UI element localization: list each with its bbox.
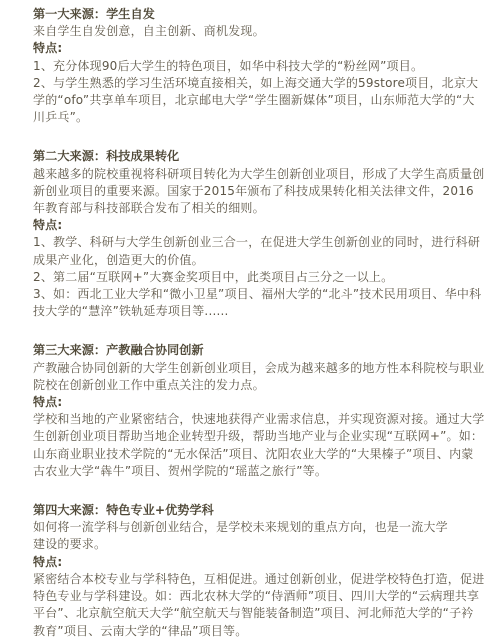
feature-item: 3、如：西北工业大学和“微小卫星”项目、福州大学的“北斗”技术民用项目、华中科技… bbox=[33, 286, 485, 320]
section-heading: 第三大来源：产教融合协同创新 bbox=[33, 342, 485, 359]
section-intro: 产教融合协同创新的大学生创新创业项目，会成为越来越多的地方性本科院校与职业院校在… bbox=[33, 360, 485, 394]
feature-item: 学校和当地的产业紧密结合，快速地获得产业需求信息，并实现资源对接。通过大学生创新… bbox=[33, 411, 485, 480]
intro-line: 产教融合协同创新的大学生创新创业项目，会成为越来越多的地方性本科院校与职业院校在… bbox=[33, 360, 485, 394]
features-list: 1、教学、科研与大学生创新创业三合一，在促进大学生创新创业的同时，进行科研成果产… bbox=[33, 234, 485, 320]
features-label: 特点: bbox=[33, 554, 485, 571]
document-page: 第一大来源：学生自发 来自学生自发创意，自主创新、商机发现。 特点: 1、充分体… bbox=[0, 0, 500, 640]
feature-item: 2、与学生熟悉的学习生活环境直接相关，如上海交通大学的59store项目，北京大… bbox=[33, 75, 485, 127]
section-intro: 如何将一流学科与创新创业结合，是学校未来规划的重点方向，也是一流大学建设的要求。 bbox=[33, 519, 485, 553]
features-label: 特点: bbox=[33, 217, 485, 234]
features-label: 特点: bbox=[33, 394, 485, 411]
section-intro: 越来越多的院校重视将科研项目转化为大学生创新创业项目，形成了大学生高质量创新创业… bbox=[33, 166, 485, 218]
section-specialty-discipline: 第四大来源：特色专业+优势学科 如何将一流学科与创新创业结合，是学校未来规划的重… bbox=[33, 502, 485, 640]
section-student-initiated: 第一大来源：学生自发 来自学生自发创意，自主创新、商机发现。 特点: 1、充分体… bbox=[33, 6, 485, 126]
section-intro: 来自学生自发创意，自主创新、商机发现。 bbox=[33, 23, 485, 40]
features-list: 1、充分体现90后大学生的特色项目，如华中科技大学的“粉丝网”项目。2、与学生熟… bbox=[33, 58, 485, 127]
features-label: 特点: bbox=[33, 40, 485, 57]
features-list: 学校和当地的产业紧密结合，快速地获得产业需求信息，并实现资源对接。通过大学生创新… bbox=[33, 411, 485, 480]
intro-line: 来自学生自发创意，自主创新、商机发现。 bbox=[33, 23, 485, 40]
feature-item: 紧密结合本校专业与学科特色，互相促进。通过创新创业，促进学校特色打造，促进特色专… bbox=[33, 571, 485, 640]
feature-item: 1、教学、科研与大学生创新创业三合一，在促进大学生创新创业的同时，进行科研成果产… bbox=[33, 234, 485, 268]
section-heading: 第四大来源：特色专业+优势学科 bbox=[33, 502, 485, 519]
feature-item: 1、充分体现90后大学生的特色项目，如华中科技大学的“粉丝网”项目。 bbox=[33, 58, 485, 75]
section-heading: 第二大来源：科技成果转化 bbox=[33, 148, 485, 165]
section-heading: 第一大来源：学生自发 bbox=[33, 6, 485, 23]
features-list: 紧密结合本校专业与学科特色，互相促进。通过创新创业，促进学校特色打造，促进特色专… bbox=[33, 571, 485, 640]
intro-line: 越来越多的院校重视将科研项目转化为大学生创新创业项目，形成了大学生高质量创新创业… bbox=[33, 166, 485, 218]
section-tech-transfer: 第二大来源：科技成果转化 越来越多的院校重视将科研项目转化为大学生创新创业项目，… bbox=[33, 148, 485, 320]
feature-item: 2、第二届“互联网+”大赛金奖项目中，此类项目占三分之一以上。 bbox=[33, 269, 485, 286]
intro-line: 如何将一流学科与创新创业结合，是学校未来规划的重点方向，也是一流大学 bbox=[33, 519, 485, 536]
intro-line: 建设的要求。 bbox=[33, 536, 485, 553]
section-industry-education: 第三大来源：产教融合协同创新 产教融合协同创新的大学生创新创业项目，会成为越来越… bbox=[33, 342, 485, 480]
